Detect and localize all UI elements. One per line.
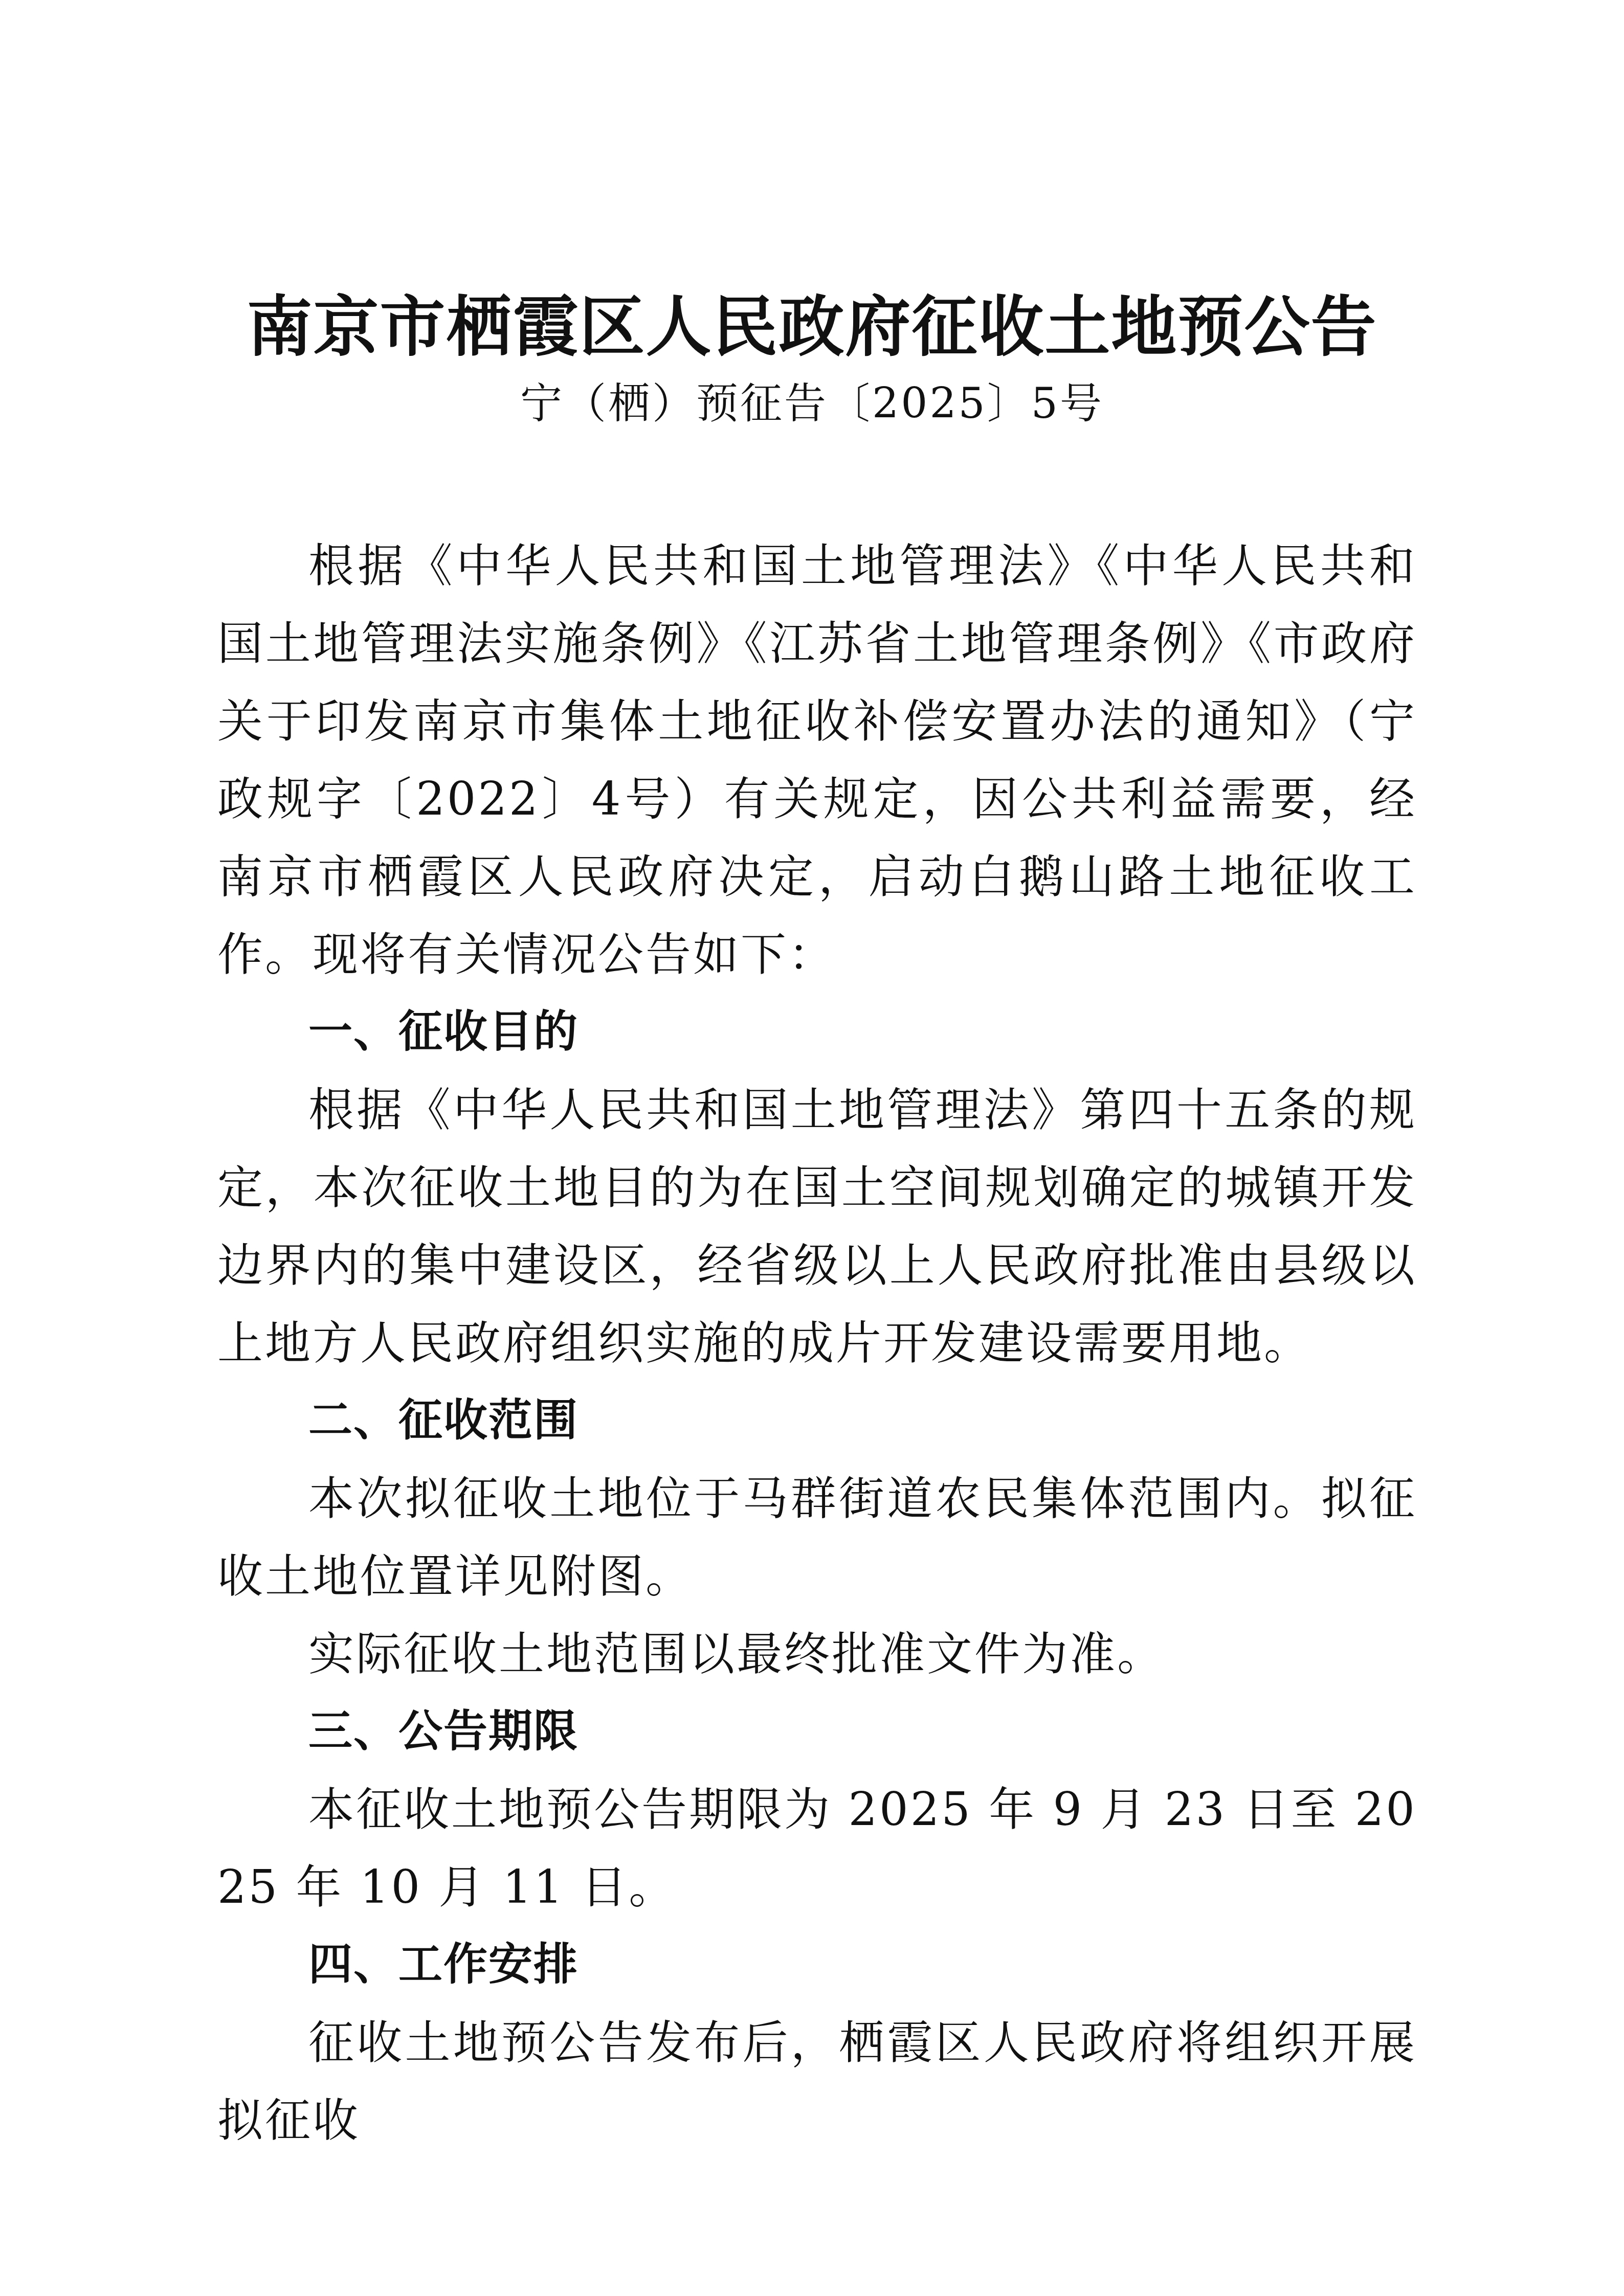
document-body: 根据《中华人民共和国土地管理法》《中华人民共和国土地管理法实施条例》《江苏省土地… <box>217 527 1417 2159</box>
intro-paragraph: 根据《中华人民共和国土地管理法》《中华人民共和国土地管理法实施条例》《江苏省土地… <box>217 527 1417 993</box>
document-page: 南京市栖霞区人民政府征收土地预公告 宁（栖）预征告〔2025〕5号 根据《中华人… <box>0 0 1624 2296</box>
section-paragraph: 本次拟征收土地位于马群街道农民集体范围内。拟征收土地位置详见附图。 <box>217 1459 1417 1615</box>
section-notice-period: 三、公告期限 本征收土地预公告期限为 2025 年 9 月 23 日至 2025… <box>217 1693 1417 1926</box>
section-scope: 二、征收范围 本次拟征收土地位于马群街道农民集体范围内。拟征收土地位置详见附图。… <box>217 1382 1417 1693</box>
section-work-arrangement: 四、工作安排 征收土地预公告发布后，栖霞区人民政府将组织开展拟征收 <box>217 1926 1417 2159</box>
section-heading: 二、征收范围 <box>217 1382 1417 1459</box>
section-heading: 一、征收目的 <box>217 993 1417 1071</box>
document-number: 宁（栖）预征告〔2025〕5号 <box>0 376 1624 432</box>
section-paragraph: 根据《中华人民共和国土地管理法》第四十五条的规定，本次征收土地目的为在国土空间规… <box>217 1071 1417 1382</box>
section-paragraph: 实际征收土地范围以最终批准文件为准。 <box>217 1615 1417 1693</box>
section-paragraph: 本征收土地预公告期限为 2025 年 9 月 23 日至 2025 年 10 月… <box>217 1770 1417 1926</box>
section-paragraph: 征收土地预公告发布后，栖霞区人民政府将组织开展拟征收 <box>217 2004 1417 2159</box>
section-heading: 四、工作安排 <box>217 1926 1417 2004</box>
section-heading: 三、公告期限 <box>217 1693 1417 1770</box>
document-title: 南京市栖霞区人民政府征收土地预公告 <box>0 286 1624 368</box>
section-purpose: 一、征收目的 根据《中华人民共和国土地管理法》第四十五条的规定，本次征收土地目的… <box>217 993 1417 1382</box>
